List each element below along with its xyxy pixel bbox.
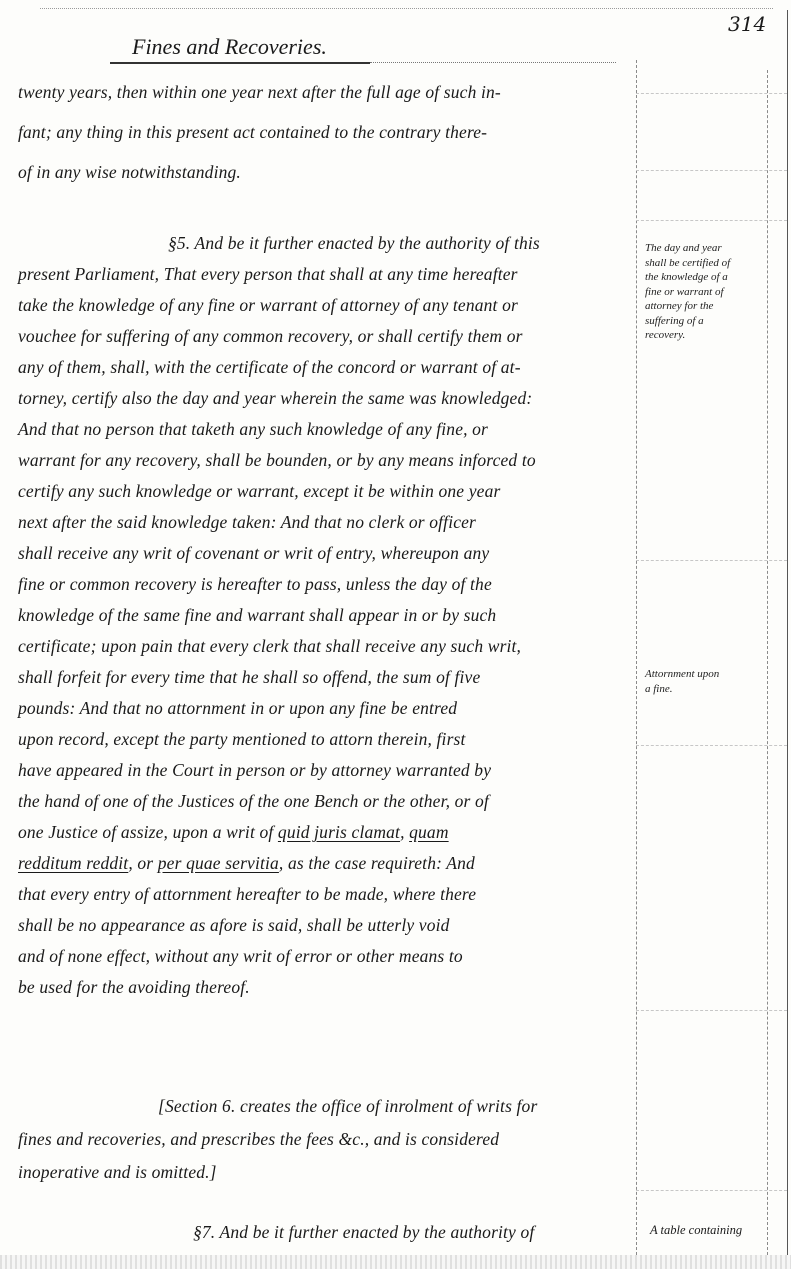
section-5-heading-line: §5. And be it further enacted by the aut… (168, 233, 540, 253)
note-line: Attornment upon (645, 667, 765, 682)
text-line: any of them, shall, with the certificate… (18, 357, 521, 377)
margin-guide-line (636, 1010, 787, 1011)
margin-guide-line (636, 220, 787, 221)
margin-guide-line (636, 170, 787, 171)
text-line: shall receive any writ of covenant or wr… (18, 543, 489, 563)
text-line: of in any wise notwithstanding. (18, 162, 241, 182)
text-line: vouchee for suffering of any common reco… (18, 326, 523, 346)
note-line: shall be certified of (645, 256, 765, 271)
text-line: torney, certify also the day and year wh… (18, 388, 532, 408)
manuscript-page: 314 Fines and Recoveries. twenty years, … (0, 0, 791, 1269)
margin-guide-line (636, 93, 787, 94)
margin-column-divider (636, 60, 637, 1255)
margin-guide-line (636, 560, 787, 561)
latin-line-2: redditum reddit, or per quae servitia, a… (18, 853, 475, 873)
text-line: next after the said knowledge taken: And… (18, 512, 476, 532)
inner-column-divider (767, 70, 768, 1255)
latin-term: quid juris clamat (278, 822, 400, 842)
heading-underline (110, 62, 370, 64)
text-line: certify any such knowledge or warrant, e… (18, 481, 500, 501)
text-line: the hand of one of the Justices of the o… (18, 791, 489, 811)
text-line: upon record, except the party mentioned … (18, 729, 466, 749)
latin-term: redditum reddit (18, 853, 128, 873)
text-line: that every entry of attornment hereafter… (18, 884, 476, 904)
text-fragment: , (400, 822, 409, 842)
section-7-heading-line: §7. And be it further enacted by the aut… (193, 1222, 534, 1242)
text-line: warrant for any recovery, shall be bound… (18, 450, 536, 470)
text-line: be used for the avoiding thereof. (18, 977, 250, 997)
text-line: pounds: And that no attornment in or upo… (18, 698, 457, 718)
margin-note-table: A table containing (650, 1223, 742, 1238)
margin-guide-line (636, 745, 787, 746)
text-line: fant; any thing in this present act cont… (18, 122, 487, 142)
text-line: certificate; upon pain that every clerk … (18, 636, 521, 656)
margin-note-day-and-year: The day and year shall be certified of t… (645, 241, 765, 343)
text-line: twenty years, then within one year next … (18, 82, 501, 102)
text-line: fines and recoveries, and prescribes the… (18, 1129, 499, 1149)
text-line: have appeared in the Court in person or … (18, 760, 491, 780)
latin-line-1: one Justice of assize, upon a writ of qu… (18, 822, 449, 842)
text-fragment: one Justice of assize, upon a writ of (18, 822, 278, 842)
top-rule (40, 8, 773, 9)
text-line: knowledge of the same fine and warrant s… (18, 605, 496, 625)
text-line: And that no person that taketh any such … (18, 419, 488, 439)
note-line: recovery. (645, 328, 765, 343)
note-line: suffering of a (645, 314, 765, 329)
text-line: and of none effect, without any writ of … (18, 946, 463, 966)
page-edge-line (787, 10, 788, 1255)
note-line: the knowledge of a (645, 270, 765, 285)
text-fragment: , or (128, 853, 157, 873)
note-line: a fine. (645, 682, 765, 697)
text-line: take the knowledge of any fine or warran… (18, 295, 518, 315)
text-line: present Parliament, That every person th… (18, 264, 518, 284)
margin-note-attornment: Attornment upon a fine. (645, 667, 765, 696)
text-fragment: , as the case requireth: And (279, 853, 475, 873)
heading-text: Fines and Recoveries. (132, 34, 327, 60)
text-line: fine or common recovery is hereafter to … (18, 574, 492, 594)
margin-guide-line (636, 1190, 787, 1191)
note-line: The day and year (645, 241, 765, 256)
page-number: 314 (728, 12, 766, 36)
latin-term: per quae servitia (158, 853, 279, 873)
text-line: [Section 6. creates the office of inrolm… (158, 1096, 537, 1116)
note-line: attorney for the (645, 299, 765, 314)
note-line: fine or warrant of (645, 285, 765, 300)
latin-term: quam (409, 822, 449, 842)
heading-dotted-rule (370, 62, 616, 63)
text-line: inoperative and is omitted.] (18, 1162, 217, 1182)
page-heading: Fines and Recoveries. (110, 34, 370, 64)
bottom-scan-edge (0, 1255, 791, 1269)
text-line: shall be no appearance as afore is said,… (18, 915, 450, 935)
text-line: shall forfeit for every time that he sha… (18, 667, 480, 687)
